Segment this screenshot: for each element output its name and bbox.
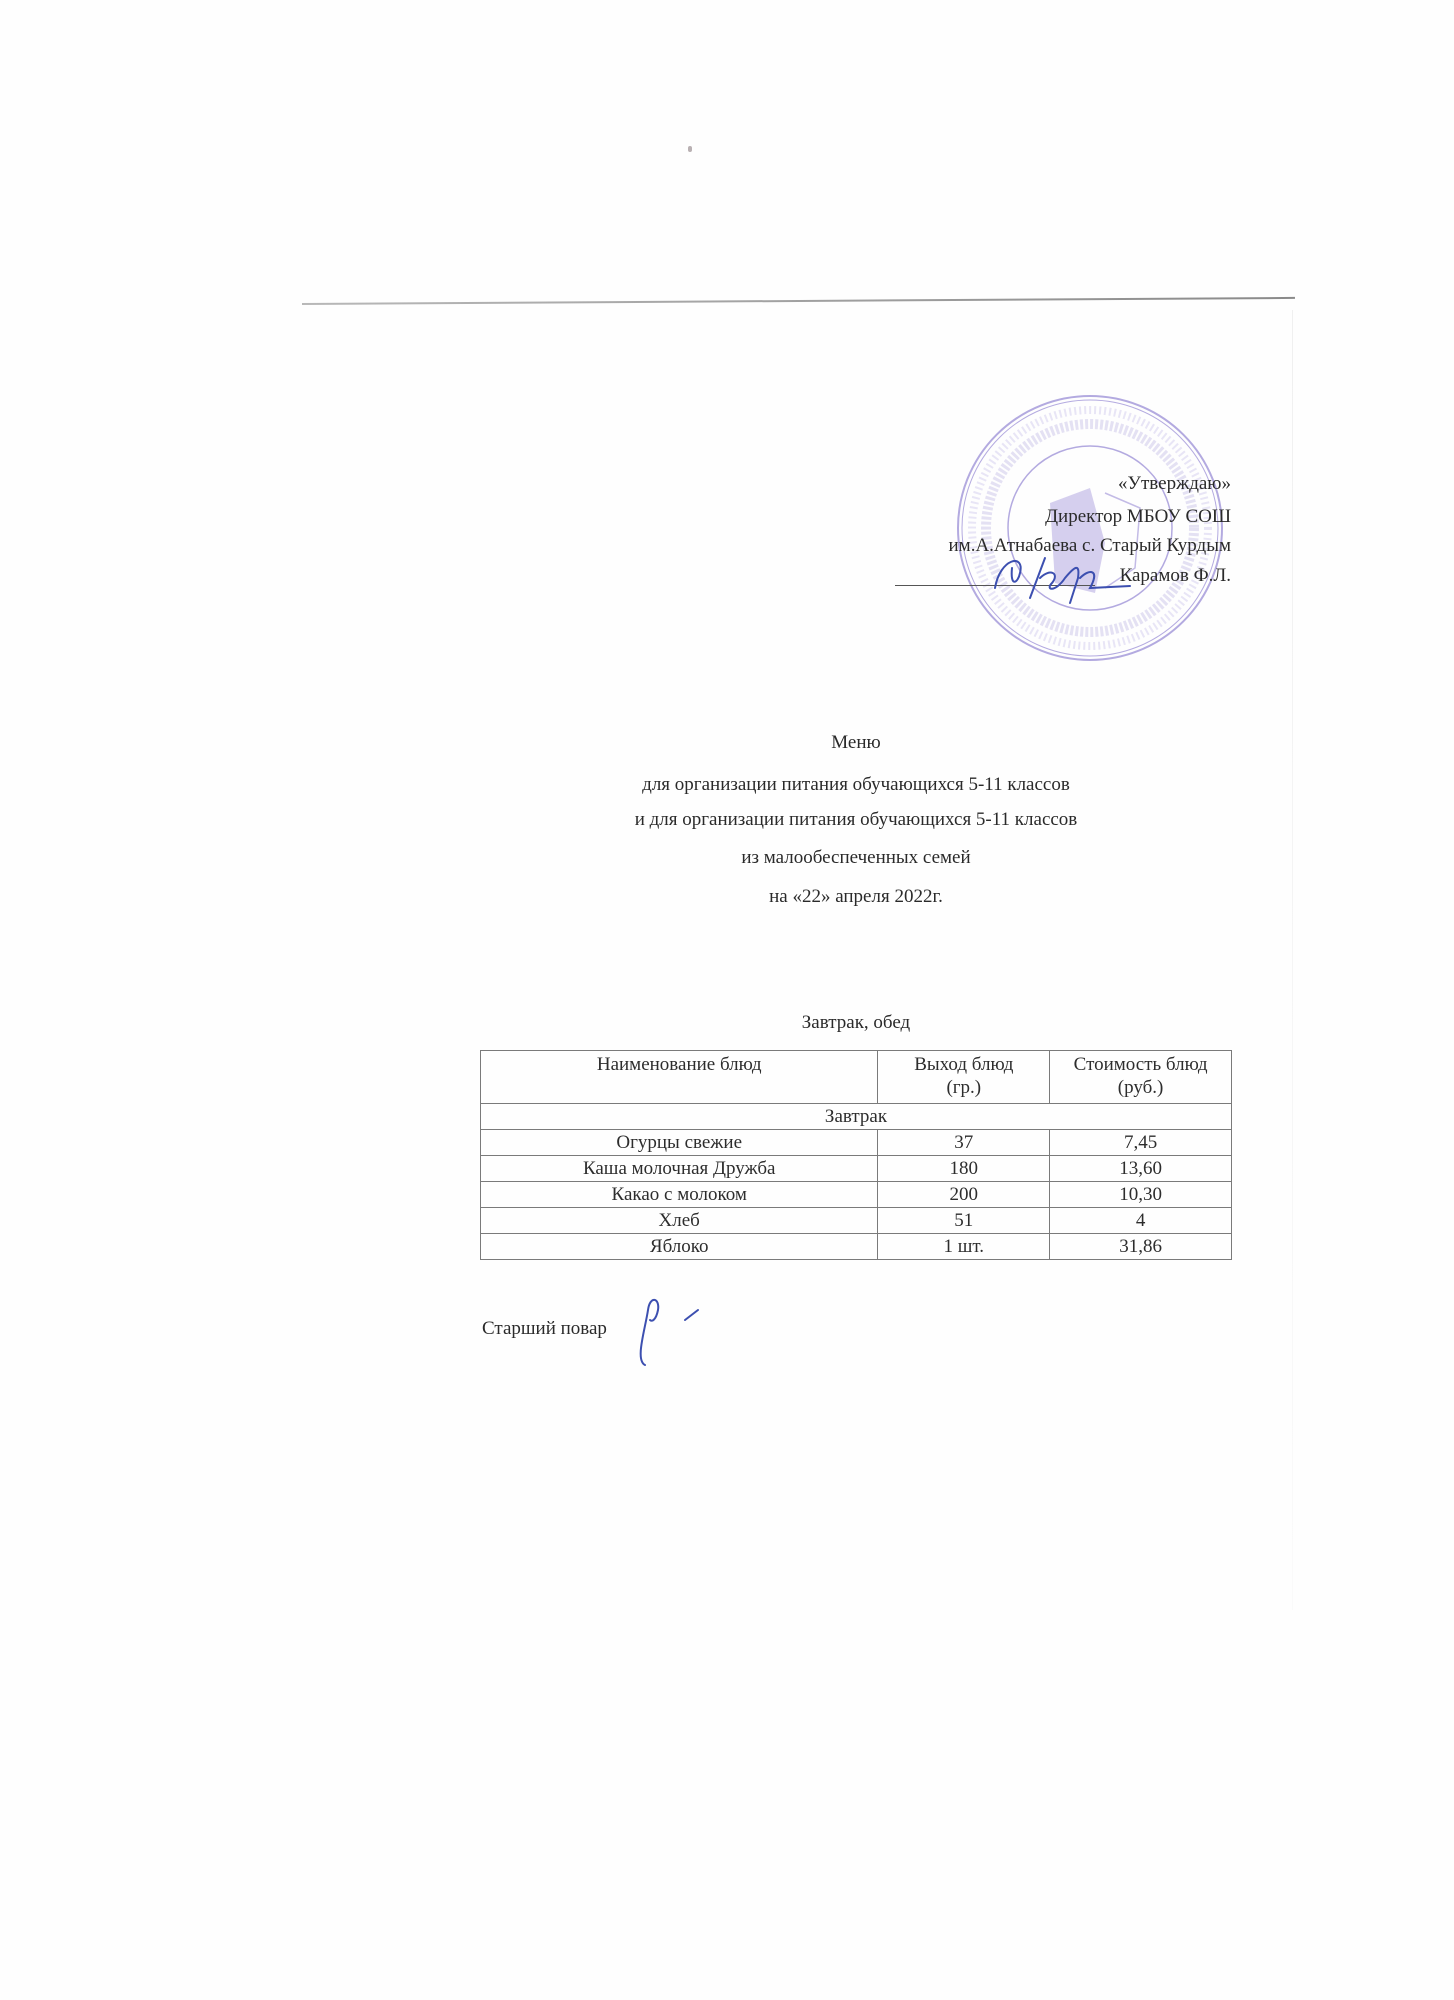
price-cell: 7,45 — [1050, 1130, 1232, 1156]
weight-cell: 1 шт. — [878, 1234, 1050, 1260]
header-dish-name: Наименование блюд — [481, 1051, 878, 1104]
price-cell: 4 — [1050, 1208, 1232, 1234]
dish-name-cell: Огурцы свежие — [481, 1130, 878, 1156]
cook-signature-icon — [630, 1290, 720, 1370]
meal-heading: Завтрак, обед — [0, 1013, 1454, 1032]
price-cell: 31,86 — [1050, 1234, 1232, 1260]
table-row: Огурцы свежие377,45 — [481, 1130, 1232, 1156]
dish-name-cell: Яблоко — [481, 1234, 878, 1260]
weight-cell: 51 — [878, 1208, 1050, 1234]
dish-name-cell: Какао с молоком — [481, 1182, 878, 1208]
dish-name-cell: Хлеб — [481, 1208, 878, 1234]
approval-position: Директор МБОУ СОШ — [1045, 507, 1231, 526]
title-date: на «22» апреля 2022г. — [0, 887, 1454, 906]
scan-speck — [688, 146, 692, 152]
approval-heading: «Утверждаю» — [1118, 474, 1231, 493]
table-row: Яблоко1 шт.31,86 — [481, 1234, 1232, 1260]
header-price: Стоимость блюд(руб.) — [1050, 1051, 1232, 1104]
price-cell: 13,60 — [1050, 1156, 1232, 1182]
official-stamp-icon — [955, 393, 1225, 663]
table-header-row: Наименование блюд Выход блюд(гр.) Стоимо… — [481, 1051, 1232, 1104]
title-menu: Меню — [0, 733, 1454, 752]
dish-name-cell: Каша молочная Дружба — [481, 1156, 878, 1182]
section-row: Завтрак — [481, 1104, 1232, 1130]
title-line-2: для организации питания обучающихся 5-11… — [0, 775, 1454, 794]
header-weight: Выход блюд(гр.) — [878, 1051, 1050, 1104]
title-line-4: из малообеспеченных семей — [0, 848, 1454, 867]
section-breakfast: Завтрак — [481, 1104, 1232, 1130]
weight-cell: 200 — [878, 1182, 1050, 1208]
weight-cell: 180 — [878, 1156, 1050, 1182]
director-signature-icon — [990, 548, 1140, 608]
scan-edge-shadow — [1292, 310, 1293, 1610]
title-line-3: и для организации питания обучающихся 5-… — [0, 810, 1454, 829]
menu-table: Наименование блюд Выход блюд(гр.) Стоимо… — [480, 1050, 1232, 1260]
weight-cell: 37 — [878, 1130, 1050, 1156]
table-row: Каша молочная Дружба18013,60 — [481, 1156, 1232, 1182]
table-row: Хлеб514 — [481, 1208, 1232, 1234]
price-cell: 10,30 — [1050, 1182, 1232, 1208]
cook-label: Старший повар — [482, 1318, 607, 1340]
table-row: Какао с молоком20010,30 — [481, 1182, 1232, 1208]
page-top-rule — [302, 297, 1295, 305]
